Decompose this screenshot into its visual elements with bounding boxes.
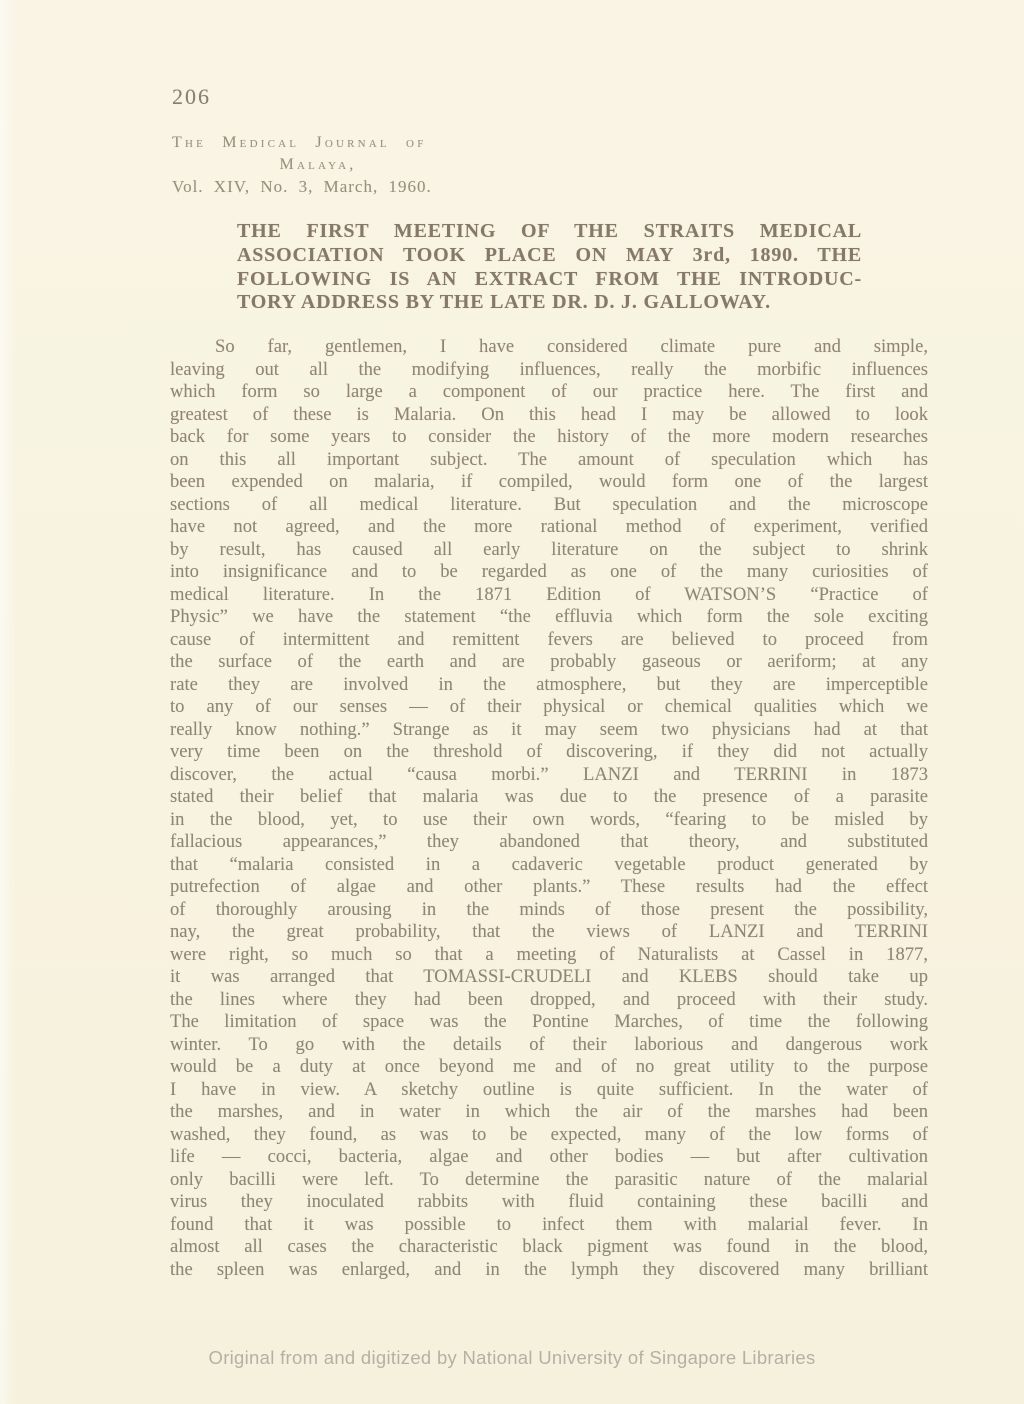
body-text-line: So far, gentlemen, I have considered cli… <box>170 336 928 359</box>
body-text-line: leaving out all the modifying influences… <box>170 359 928 382</box>
journal-title-line2: Malaya, <box>172 154 464 176</box>
body-text-line: cause of intermittent and remittent feve… <box>170 629 928 652</box>
body-text-line: into insignificance and to be regarded a… <box>170 561 928 584</box>
body-text-line: that “malaria consisted in a cadaveric v… <box>170 854 928 877</box>
body-text-line: only bacilli were left. To determine the… <box>170 1169 928 1192</box>
body-text-line: the marshes, and in water in which the a… <box>170 1101 928 1124</box>
body-text-line: medical literature. In the 1871 Edition … <box>170 584 928 607</box>
journal-volume-line: Vol. XIV, No. 3, March, 1960. <box>172 176 464 198</box>
body-text-line: nay, the great probability, that the vie… <box>170 921 928 944</box>
heading-line: FOLLOWING IS AN EXTRACT FROM THE INTRODU… <box>237 268 862 292</box>
page-number: 206 <box>172 84 211 110</box>
body-text-line: winter. To go with the details of their … <box>170 1034 928 1057</box>
body-text-line: fallacious appearances,” they abandoned … <box>170 831 928 854</box>
body-text-line: washed, they found, as was to be expecte… <box>170 1124 928 1147</box>
body-text-line: the lines where they had been dropped, a… <box>170 989 928 1012</box>
body-text-line: I have in view. A sketchy outline is qui… <box>170 1079 928 1102</box>
body-text-line: sections of all medical literature. But … <box>170 494 928 517</box>
body-text-line: to any of our senses — of their physical… <box>170 696 928 719</box>
body-text-line: discover, the actual “causa morbi.” LANZ… <box>170 764 928 787</box>
body-text-line: putrefection of algae and other plants.”… <box>170 876 928 899</box>
body-text-line: were right, so much so that a meeting of… <box>170 944 928 967</box>
body-text-line: been expended on malaria, if compiled, w… <box>170 471 928 494</box>
digitization-footer: Original from and digitized by National … <box>0 1347 1024 1369</box>
body-text-line: which form so large a component of our p… <box>170 381 928 404</box>
body-text-line: really know nothing.” Strange as it may … <box>170 719 928 742</box>
body-text-line: have not agreed, and the more rational m… <box>170 516 928 539</box>
body-text-line: it was arranged that TOMASSI-CRUDELI and… <box>170 966 928 989</box>
body-text-line: The limitation of space was the Pontine … <box>170 1011 928 1034</box>
body-text-line: greatest of these is Malaria. On this he… <box>170 404 928 427</box>
scanned-journal-page: 206 The Medical Journal of Malaya, Vol. … <box>0 0 1024 1404</box>
body-text-line: almost all cases the characteristic blac… <box>170 1236 928 1259</box>
body-text-line: very time been on the threshold of disco… <box>170 741 928 764</box>
body-text-line: on this all important subject. The amoun… <box>170 449 928 472</box>
body-text-line: found that it was possible to infect the… <box>170 1214 928 1237</box>
body-text-line: Physic” we have the statement “the efflu… <box>170 606 928 629</box>
body-text-line: in the blood, yet, to use their own word… <box>170 809 928 832</box>
body-text-line: the spleen was enlarged, and in the lymp… <box>170 1259 928 1282</box>
body-text-line: life — cocci, bacteria, algae and other … <box>170 1146 928 1169</box>
body-text-line: stated their belief that malaria was due… <box>170 786 928 809</box>
heading-line: THE FIRST MEETING OF THE STRAITS MEDICAL <box>237 220 862 244</box>
body-text-line: virus they inoculated rabbits with fluid… <box>170 1191 928 1214</box>
body-text-line: would be a duty at once beyond me and of… <box>170 1056 928 1079</box>
body-text-line: the surface of the earth and are probabl… <box>170 651 928 674</box>
heading-line: TORY ADDRESS BY THE LATE DR. D. J. GALLO… <box>237 291 862 315</box>
body-text-line: by result, has caused all early literatu… <box>170 539 928 562</box>
body-text-line: back for some years to consider the hist… <box>170 426 928 449</box>
body-text-line: of thoroughly arousing in the minds of t… <box>170 899 928 922</box>
heading-line: ASSOCIATION TOOK PLACE ON MAY 3rd, 1890.… <box>237 244 862 268</box>
article-body-paragraph: So far, gentlemen, I have considered cli… <box>170 336 928 1281</box>
body-text-line: rate they are involved in the atmosphere… <box>170 674 928 697</box>
article-heading: THE FIRST MEETING OF THE STRAITS MEDICAL… <box>237 220 862 315</box>
journal-masthead: The Medical Journal of Malaya, Vol. XIV,… <box>172 132 464 198</box>
journal-title-line: The Medical Journal of <box>172 132 464 154</box>
